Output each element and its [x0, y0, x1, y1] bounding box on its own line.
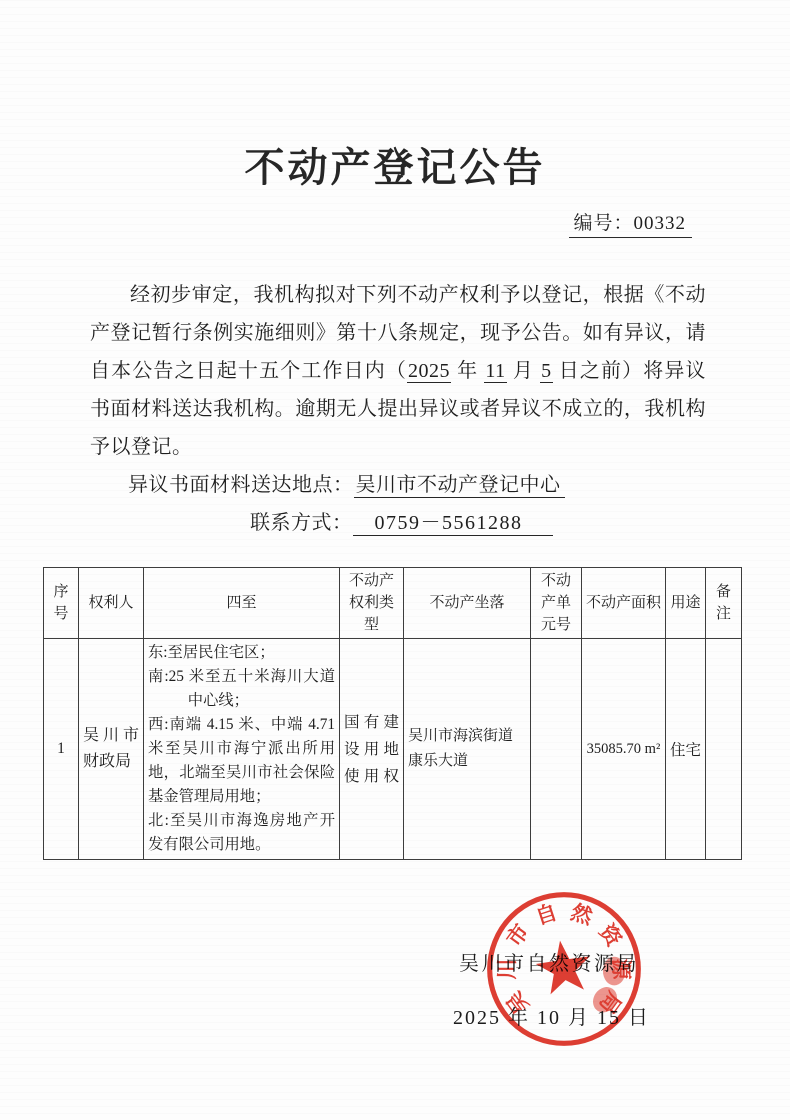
- seal-char-4: 然: [568, 900, 596, 930]
- boundary-east: 东:至居民住宅区；: [148, 641, 335, 665]
- cell-boundaries: 东:至居民住宅区； 南:25 米至五十米海川大道 中心线； 西:南端 4.15 …: [144, 639, 340, 860]
- header-boundaries: 四至: [144, 568, 340, 639]
- delivery-address-value: 吴川市不动产登记中心: [354, 474, 565, 498]
- table-body: 1 吴川市财政局 东:至居民住宅区； 南:25 米至五十米海川大道 中心线； 西…: [44, 639, 742, 860]
- header-seq: 序号: [44, 568, 79, 639]
- cell-remark: [706, 639, 742, 860]
- header-location: 不动产坐落: [404, 568, 531, 639]
- official-seal: 吴 川 市 自 然 资 源 局: [482, 887, 646, 1051]
- cell-usage: 住宅: [666, 639, 706, 860]
- cell-area: 35085.70 m²: [582, 639, 666, 860]
- delivery-address-label: 异议书面材料送达地点：: [128, 474, 354, 496]
- seal-char-6: 源: [609, 959, 633, 981]
- underlined-date-part: 5: [540, 360, 553, 383]
- boundary-south: 南:25 米至五十米海川大道: [148, 665, 335, 689]
- header-unit-number: 不动产单元号: [531, 568, 582, 639]
- document-number-value: 00332: [634, 213, 687, 234]
- announcement-document: 不动产登记公告 编号：00332 经初步审定，我机构拟对下列不动产权利予以登记，…: [0, 0, 790, 1120]
- boundary-west-1: 西:南端 4.15 米、中端 4.71: [148, 713, 335, 737]
- header-remark: 备注: [706, 568, 742, 639]
- paragraph-text: 年: [451, 360, 484, 382]
- seal-char-3: 自: [533, 900, 560, 929]
- header-holder: 权利人: [79, 568, 144, 639]
- main-paragraph: 经初步审定，我机构拟对下列不动产权利予以登记，根据《不动产登记暂行条例实施细则》…: [90, 276, 706, 466]
- cell-location: 吴川市海滨街道康乐大道: [404, 639, 531, 860]
- registration-table: 序号 权利人 四至 不动产权利类型 不动产坐落 不动产单元号 不动产面积 用途 …: [43, 567, 742, 860]
- underlined-date-part: 2025: [407, 360, 451, 383]
- boundary-west-3: 地，北端至吴川市社会保险: [148, 761, 335, 785]
- boundary-west-2: 米至吴川市海宁派出所用: [148, 737, 335, 761]
- seal-star-icon: [533, 937, 594, 996]
- contact-line: 联系方式：0759－5561288: [90, 504, 706, 542]
- boundary-west-4: 基金管理局用地；: [148, 785, 335, 809]
- table-row: 1 吴川市财政局 东:至居民住宅区； 南:25 米至五十米海川大道 中心线； 西…: [44, 639, 742, 860]
- table-header: 序号 权利人 四至 不动产权利类型 不动产坐落 不动产单元号 不动产面积 用途 …: [44, 568, 742, 639]
- header-area: 不动产面积: [582, 568, 666, 639]
- contact-label: 联系方式：: [250, 512, 353, 534]
- contact-phone-value: 0759－5561288: [353, 512, 553, 536]
- boundary-north-1: 北:至吴川市海逸房地产开: [148, 809, 335, 833]
- cell-seq: 1: [44, 639, 79, 860]
- boundary-north-2: 发有限公司用地。: [148, 833, 335, 857]
- delivery-address-line: 异议书面材料送达地点：吴川市不动产登记中心: [90, 466, 706, 504]
- underlined-date-part: 11: [484, 360, 506, 383]
- document-title: 不动产登记公告: [0, 136, 790, 193]
- header-right-type: 不动产权利类型: [340, 568, 404, 639]
- document-number-label: 编号：: [573, 213, 633, 234]
- paragraph-text: 月: [507, 360, 540, 382]
- cell-right-type: 国有建设用地使用权: [340, 639, 404, 860]
- header-row: 序号 权利人 四至 不动产权利类型 不动产坐落 不动产单元号 不动产面积 用途 …: [44, 568, 742, 639]
- header-usage: 用途: [666, 568, 706, 639]
- cell-unit-number: [531, 639, 582, 860]
- cell-holder: 吴川市财政局: [79, 639, 144, 860]
- document-number: 编号：00332: [569, 208, 692, 238]
- seal-char-1: 川: [495, 959, 519, 980]
- boundary-south-cont: 中心线；: [148, 689, 335, 713]
- document-body: 经初步审定，我机构拟对下列不动产权利予以登记，根据《不动产登记暂行条例实施细则》…: [90, 276, 706, 542]
- seal-graphics: 吴 川 市 自 然 资 源 局: [490, 895, 639, 1044]
